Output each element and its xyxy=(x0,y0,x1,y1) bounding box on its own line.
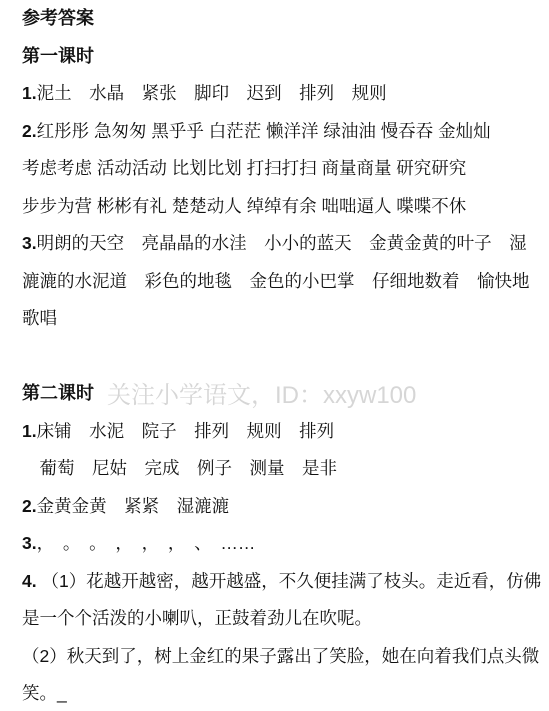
answer-item: 3.， 。 。 ， ， ， 、 …… xyxy=(22,525,549,563)
answer-number: 1. xyxy=(22,83,37,103)
answer-item: 3.明朗的天空 亮晶晶的水洼 小小的蓝天 金黄金黄的叶子 湿 漉漉的水泥道 彩色… xyxy=(22,225,549,338)
answer-item: 2.红彤彤 急匆匆 黑乎乎 白茫茫 懒洋洋 绿油油 慢吞吞 金灿灿 考虑考虑 活… xyxy=(22,113,549,226)
sections-container: 第一课时1.泥土 水晶 紧张 脚印 迟到 排列 规则2.红彤彤 急匆匆 黑乎乎 … xyxy=(22,38,549,711)
answer-text: 泥土 水晶 紧张 脚印 迟到 排列 规则 xyxy=(37,83,387,103)
document-body: { "title": "参考答案", "watermark": "关注小学语文，… xyxy=(0,0,549,711)
answer-number: 4. xyxy=(22,571,37,591)
answer-number: 2. xyxy=(22,121,37,141)
answer-text: （1）花越开越密，越开越盛，不久便挂满了枝头。走近看，仿佛 是一个个活泼的小喇叭… xyxy=(22,571,541,704)
answer-text: 红彤彤 急匆匆 黑乎乎 白茫茫 懒洋洋 绿油油 慢吞吞 金灿灿 考虑考虑 活动活… xyxy=(22,121,491,216)
section-spacer xyxy=(22,338,549,376)
section-heading: 第一课时 xyxy=(22,38,549,76)
answer-number: 3. xyxy=(22,533,37,553)
answer-text: 明朗的天空 亮晶晶的水洼 小小的蓝天 金黄金黄的叶子 湿 漉漉的水泥道 彩色的地… xyxy=(22,233,530,328)
answer-text: ， 。 。 ， ， ， 、 …… xyxy=(37,533,256,553)
page-title: 参考答案 xyxy=(22,0,549,38)
answer-item: 1.床铺 水泥 院子 排列 规则 排列 葡萄 尼姑 完成 例子 测量 是非 xyxy=(22,413,549,488)
answer-number: 2. xyxy=(22,496,37,516)
answer-item: 1.泥土 水晶 紧张 脚印 迟到 排列 规则 xyxy=(22,75,549,113)
answer-text: 金黄金黄 紧紧 湿漉漉 xyxy=(37,496,230,516)
answer-item: 2.金黄金黄 紧紧 湿漉漉 xyxy=(22,488,549,526)
answer-text: 床铺 水泥 院子 排列 规则 排列 葡萄 尼姑 完成 例子 测量 是非 xyxy=(22,421,337,479)
answer-sheet-page: 关注小学语文，ID：xxyw100 参考答案 第一课时1.泥土 水晶 紧张 脚印… xyxy=(0,0,549,711)
answer-number: 3. xyxy=(22,233,37,253)
answer-item: 4. （1）花越开越密，越开越盛，不久便挂满了枝头。走近看，仿佛 是一个个活泼的… xyxy=(22,563,549,711)
answer-number: 1. xyxy=(22,421,37,441)
section-heading: 第二课时 xyxy=(22,375,549,413)
